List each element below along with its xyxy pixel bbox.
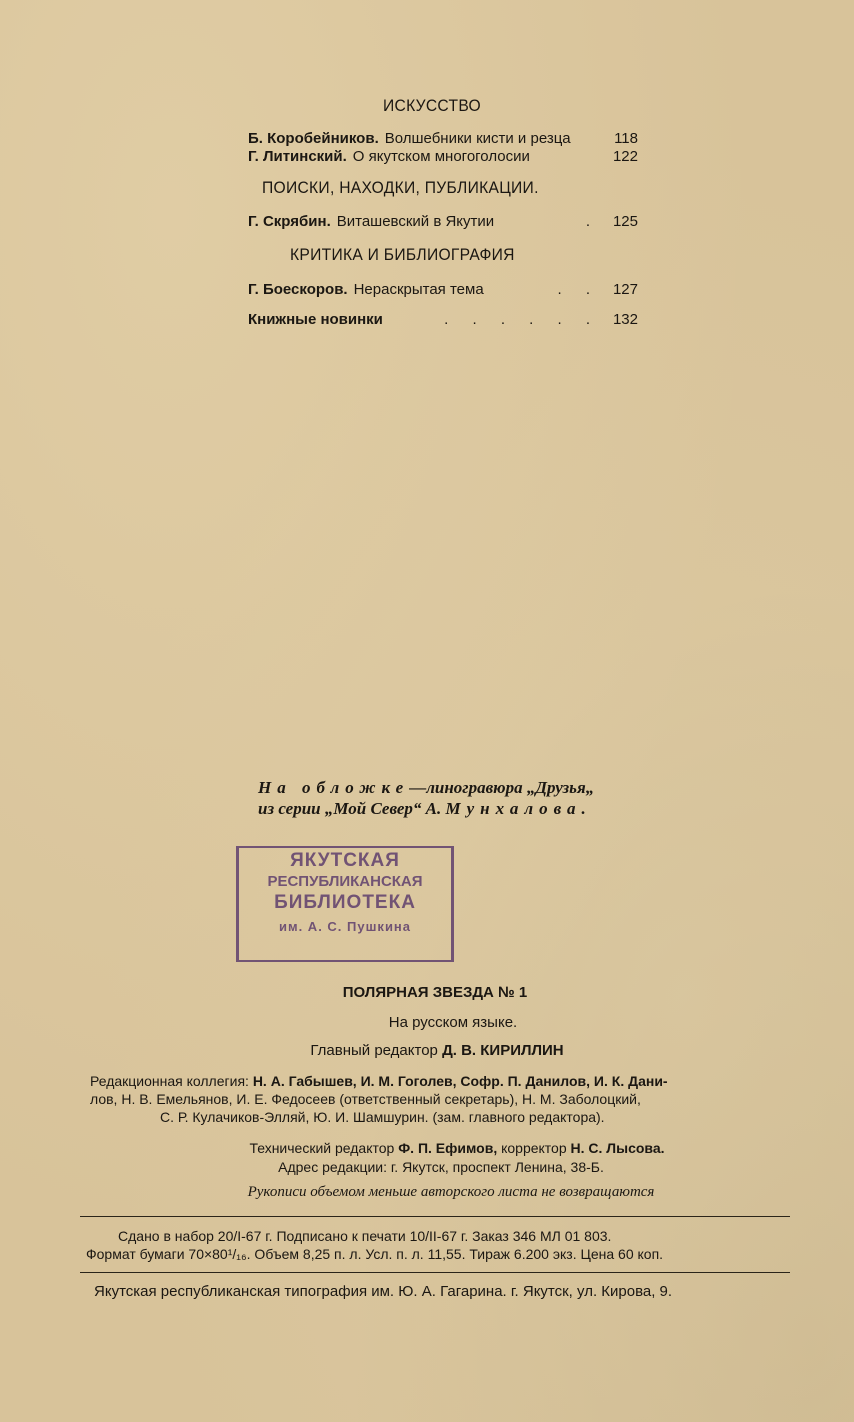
cover-note-line1: —линогравюра „Друзья„ xyxy=(409,778,594,797)
board-line2: лов, Н. В. Емельянов, И. Е. Федосеев (от… xyxy=(90,1090,668,1108)
printer-info: Якутская республиканская типография им. … xyxy=(94,1283,672,1300)
toc-entry: Книжные новинки . . . . . . 132 xyxy=(248,311,638,328)
editorial-board: Редакционная коллегия: Н. А. Габышев, И.… xyxy=(90,1072,668,1126)
toc-page: 125 xyxy=(608,213,638,230)
toc-entry: Б. Коробейников. Волшебники кисти и резц… xyxy=(248,130,638,147)
corrector-name: Н. С. Лысова. xyxy=(571,1140,665,1156)
board-line1: Н. А. Габышев, И. М. Гоголев, Софр. П. Д… xyxy=(253,1073,668,1089)
section-title-art: ИСКУССТВО xyxy=(383,96,481,116)
chief-editor: Главный редактор Д. В. КИРИЛЛИН xyxy=(0,1042,854,1059)
section-title-criticism: КРИТИКА И БИБЛИОГРАФИЯ xyxy=(290,245,515,265)
toc-author: Книжные новинки xyxy=(248,311,383,328)
toc-author: Г. Скрябин. xyxy=(248,213,331,230)
toc-title: Волшебники кисти и резца xyxy=(385,130,608,147)
library-stamp: ЯКУТСКАЯ РЕСПУБЛИКАНСКАЯ БИБЛИОТЕКА им. … xyxy=(236,846,454,962)
print-details-line2: Формат бумаги 70×80¹/₁₆. Объем 8,25 п. л… xyxy=(86,1246,663,1262)
stamp-line: им. А. С. Пушкина xyxy=(239,916,451,937)
cover-note-artist: Мунхалова. xyxy=(445,799,591,818)
toc-entry: Г. Литинский. О якутском многоголосии 12… xyxy=(248,148,638,165)
print-details-line1: Сдано в набор 20/I-67 г. Подписано к печ… xyxy=(118,1228,611,1244)
toc-leader-dots: . xyxy=(586,213,600,230)
toc-leader-dots: . . . . . . xyxy=(444,311,600,328)
cover-note: На обложке—линогравюра „Друзья„ из серии… xyxy=(258,777,594,819)
toc-entry: Г. Скрябин. Виташевский в Якутии . 125 xyxy=(248,213,638,230)
toc-page: 118 xyxy=(608,130,638,147)
stamp-line: РЕСПУБЛИКАНСКАЯ xyxy=(239,871,451,892)
cover-note-lead: На обложке xyxy=(258,778,409,797)
toc-title: Нераскрытая тема xyxy=(354,281,558,298)
cover-note-line2: из серии „Мой Север“ А. xyxy=(258,799,441,818)
toc-title: О якутском многоголосии xyxy=(353,148,608,165)
manuscripts-note: Рукописи объемом меньше авторского листа… xyxy=(0,1184,854,1201)
board-line3: С. Р. Кулачиков-Элляй, Ю. И. Шамшурин. (… xyxy=(90,1108,668,1126)
toc-author: Б. Коробейников. xyxy=(248,130,379,147)
stamp-line: ЯКУТСКАЯ xyxy=(239,850,451,871)
tech-editor-label: Технический редактор xyxy=(249,1140,394,1156)
toc-author: Г. Боескоров. xyxy=(248,281,348,298)
section-title-finds: ПОИСКИ, НАХОДКИ, ПУБЛИКАЦИИ. xyxy=(262,178,539,198)
toc-page: 122 xyxy=(608,148,638,165)
board-label: Редакционная коллегия: xyxy=(90,1073,249,1089)
toc-entry: Г. Боескоров. Нераскрытая тема . . 127 xyxy=(248,281,638,298)
toc-page: 132 xyxy=(608,311,638,328)
language-note: На русском языке. xyxy=(0,1014,854,1031)
toc-title xyxy=(389,311,444,328)
divider xyxy=(80,1272,790,1273)
toc-author: Г. Литинский. xyxy=(248,148,347,165)
corrector-label: корректор xyxy=(501,1140,567,1156)
editorial-address: Адрес редакции: г. Якутск, проспект Лени… xyxy=(0,1159,854,1175)
divider xyxy=(80,1216,790,1217)
stamp-line: БИБЛИОТЕКА xyxy=(239,892,451,913)
toc-leader-dots: . . xyxy=(557,281,600,298)
tech-editor-line: Технический редактор Ф. П. Ефимов, корре… xyxy=(0,1140,854,1156)
chief-editor-label: Главный редактор xyxy=(310,1042,438,1059)
toc-page: 127 xyxy=(608,281,638,298)
toc-title: Виташевский в Якутии xyxy=(337,213,586,230)
chief-editor-name: Д. В. КИРИЛЛИН xyxy=(442,1042,564,1059)
tech-editor-name: Ф. П. Ефимов, xyxy=(398,1140,497,1156)
document-page: ИСКУССТВО Б. Коробейников. Волшебники ки… xyxy=(0,0,854,1422)
journal-title: ПОЛЯРНАЯ ЗВЕЗДА № 1 xyxy=(0,984,854,1001)
